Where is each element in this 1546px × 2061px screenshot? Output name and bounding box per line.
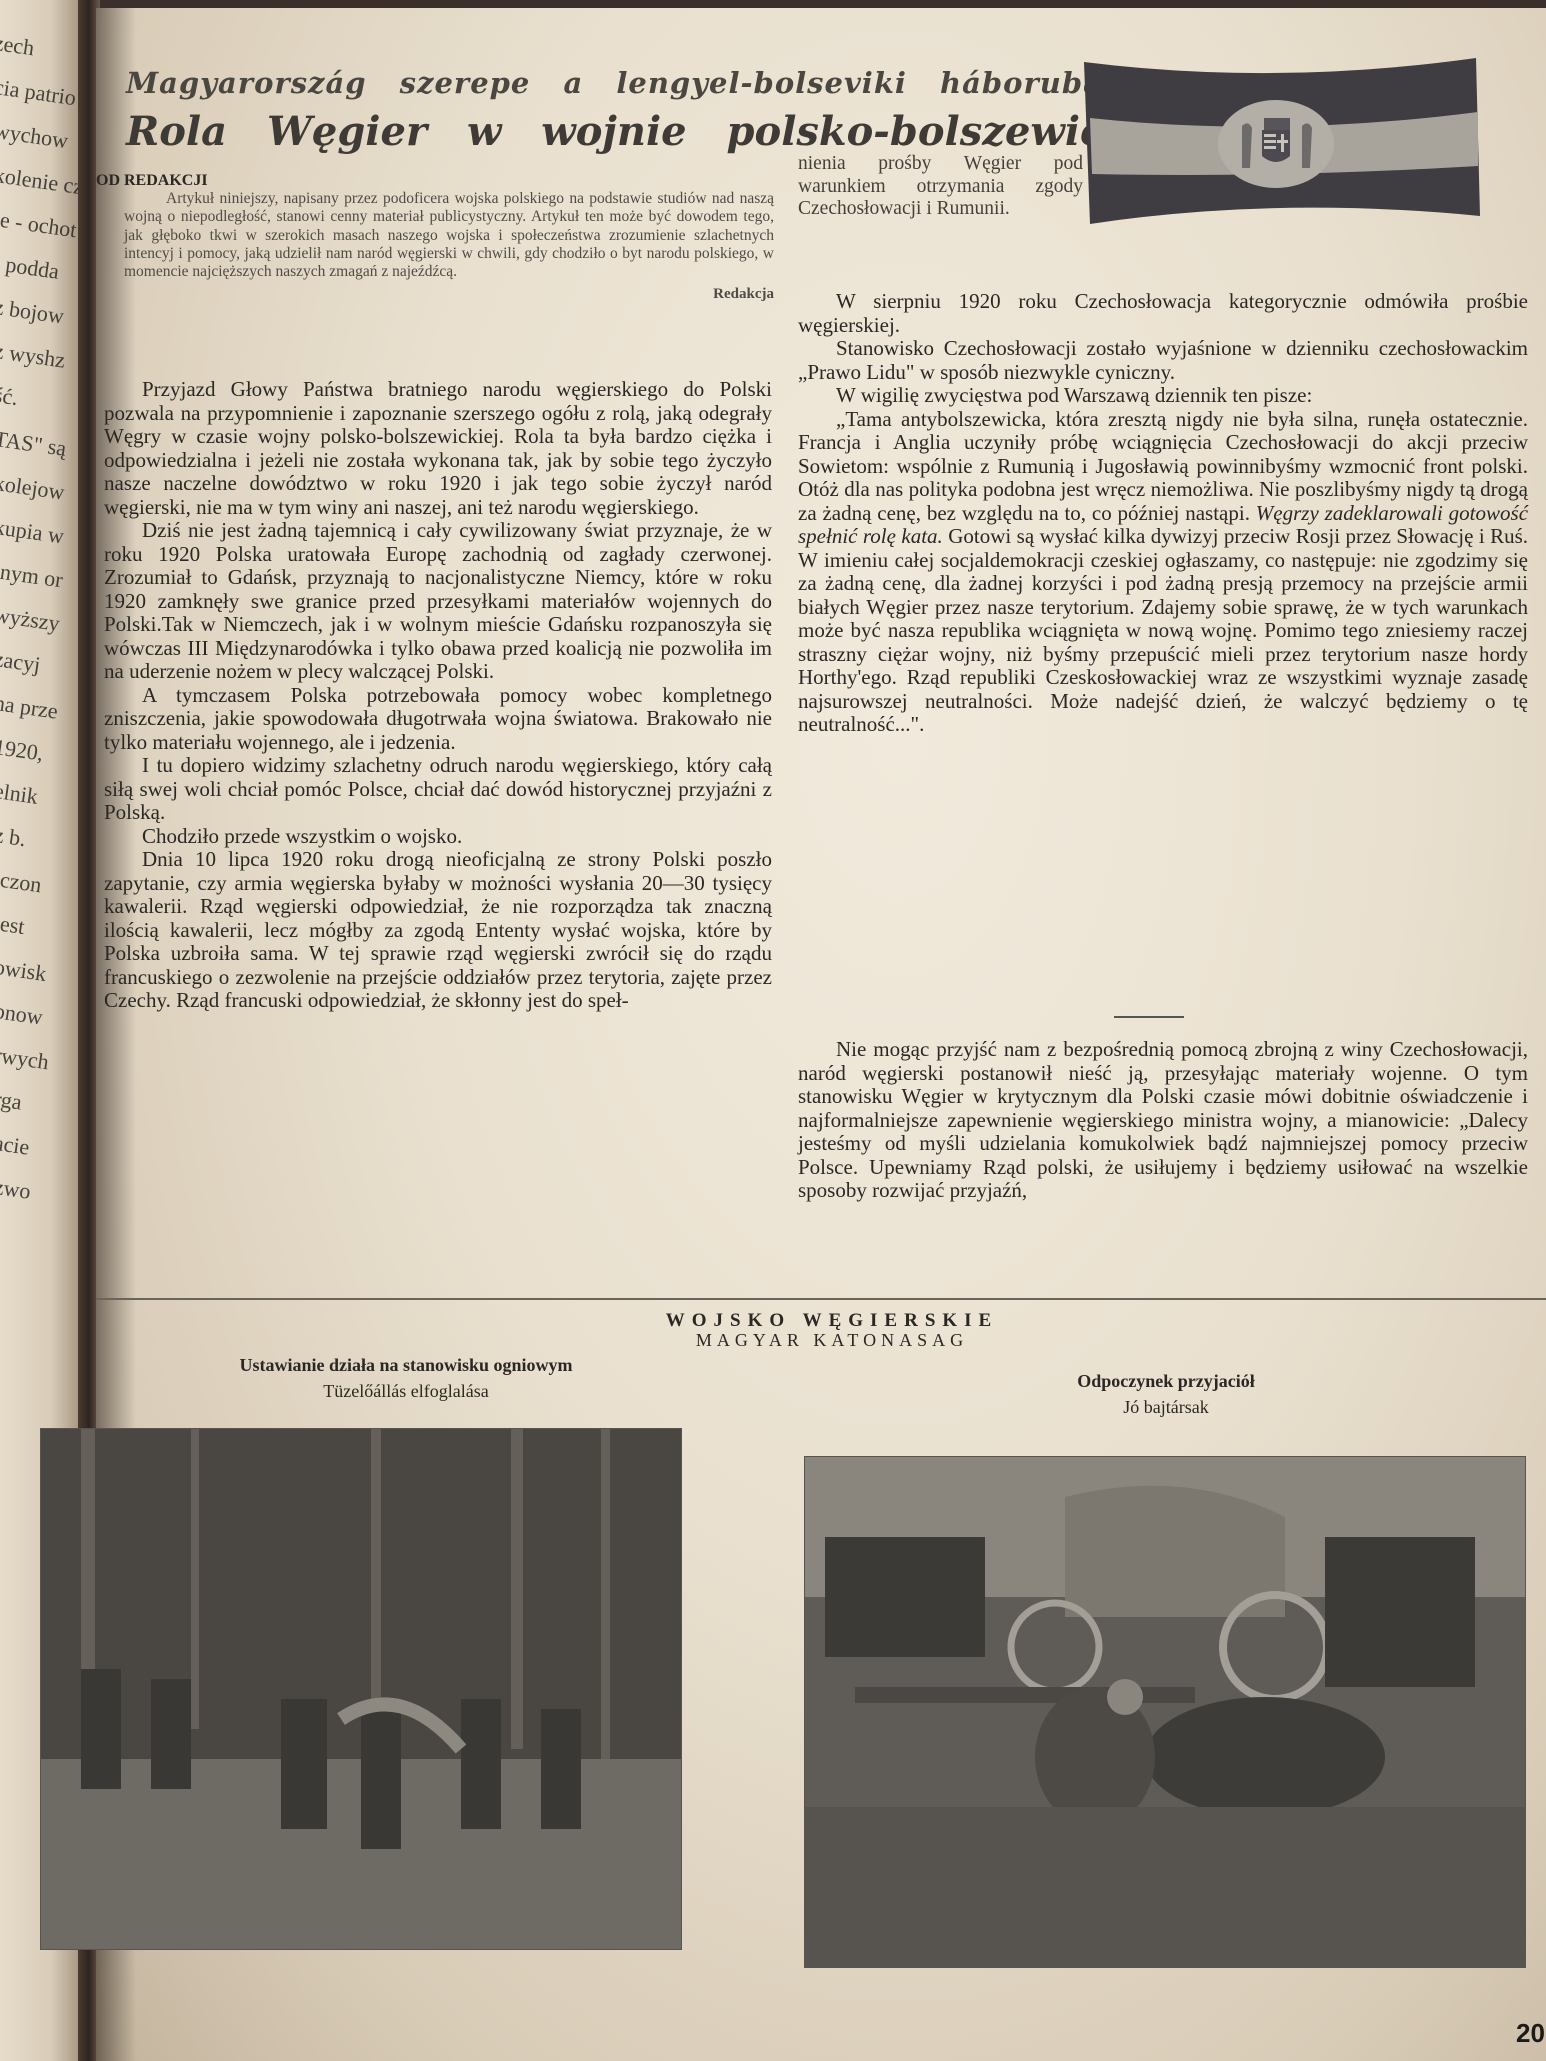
photo-section-title-polish: WOJSKO WĘGIERSKIE <box>552 1310 1112 1332</box>
paragraph: Stanowisko Czechosłowacji zostało wyjaśn… <box>798 337 1528 384</box>
facing-page-fragment: kolenie cz <box>0 162 85 200</box>
facing-page-fragment: cia patrio <box>0 74 78 111</box>
photo-section-heading: WOJSKO WĘGIERSKIE MAGYAR KATONASAG <box>552 1310 1112 1351</box>
facing-page-fragment: kupia w <box>0 514 66 550</box>
photo-soldiers-field-gun <box>40 1428 682 1950</box>
hungarian-flag-illustration <box>1076 56 1486 226</box>
facing-page-fragment: z wyshz <box>0 338 67 374</box>
headline-polish: Rola Węgier w wojnie polsko-bolszewickie… <box>126 108 1187 155</box>
facing-page-fragment: rga <box>0 1086 23 1116</box>
facing-page-fragment: i podda <box>0 250 61 285</box>
facing-page-fragment: iczon <box>0 866 43 898</box>
headline-hungarian: Magyarország szerepe a lengyel-bolseviki… <box>126 66 1125 100</box>
photo-caption-1: Ustawianie działa na stanowisku ogniowym… <box>126 1352 686 1404</box>
editorial-signature: Redakcja <box>124 285 774 303</box>
magazine-page: Magyarország szerepe a lengyel-bolseviki… <box>96 8 1546 2061</box>
facing-page-fragment: elnik <box>0 778 40 810</box>
facing-page-fragment: wychow <box>0 118 70 154</box>
caption-hungarian: Jó bajtársak <box>966 1394 1366 1420</box>
facing-page-fragment: lnym or <box>0 558 64 593</box>
horizontal-rule <box>96 1298 1546 1300</box>
editorial-text: Artykuł niniejszy, napisany przez podofi… <box>124 190 774 281</box>
page-number: 20 <box>1516 2018 1545 2049</box>
facing-page-fragment: owisk <box>0 954 48 987</box>
photo-resting-soldier-wagon <box>804 1456 1526 1968</box>
facing-page-fragment: pnow <box>0 998 44 1031</box>
caption-polish: Odpoczynek przyjaciół <box>966 1368 1366 1394</box>
facing-page-fragment: kolejow <box>0 470 66 506</box>
facing-page-fragment: rwych <box>0 1042 50 1075</box>
right-column-continued: Nie mogąc przyjść nam z bezpośrednią pom… <box>798 1038 1528 1203</box>
facing-page-fragment: TAS" są <box>0 426 68 462</box>
facing-page-fragment: acie <box>0 1130 31 1161</box>
photo-section-title-hungarian: MAGYAR KATONASAG <box>552 1330 1112 1351</box>
paragraph: Chodziło przede wszystkim o wojsko. <box>104 825 772 849</box>
editorial-label: OD REDAKCJI <box>96 172 774 190</box>
right-column: W sierpniu 1920 roku Czechosłowacja kate… <box>798 290 1528 737</box>
flag-icon <box>1076 56 1486 226</box>
paragraph: Przyjazd Głowy Państwa bratniego narodu … <box>104 378 772 519</box>
right-column-top: nienia prośby Węgier pod warunkiem otrzy… <box>798 153 1083 221</box>
facing-page-fragment: zwo <box>0 1174 32 1205</box>
paragraph: Dnia 10 lipca 1920 roku drogą nieoficjal… <box>104 848 772 1013</box>
facing-page-fragment: na prze <box>0 690 60 725</box>
paragraph: I tu dopiero widzimy szlachetny odruch n… <box>104 754 772 825</box>
caption-polish: Ustawianie działa na stanowisku ogniowym <box>126 1352 686 1378</box>
facing-page-fragment: ść. <box>0 382 20 411</box>
editorial-note: OD REDAKCJI Artykuł niniejszy, napisany … <box>124 172 774 303</box>
photo-image <box>805 1457 1525 1967</box>
paragraph: A tymczasem Polska potrzebowała pomocy w… <box>104 684 772 755</box>
quote-paragraph: „Tama antybolszewicka, która zresztą nig… <box>798 408 1528 737</box>
paragraph: W wigilię zwycięstwa pod Warszawą dzienn… <box>798 384 1528 408</box>
photo-caption-2: Odpoczynek przyjaciół Jó bajtársak <box>966 1368 1366 1420</box>
caption-hungarian: Tüzelőállás elfoglalása <box>126 1378 686 1404</box>
section-divider <box>1114 1016 1184 1018</box>
left-column: Przyjazd Głowy Państwa bratniego narodu … <box>104 378 772 1013</box>
photo-image <box>41 1429 681 1949</box>
facing-page-fragment: jest <box>0 910 26 940</box>
facing-page-fragment: zacyj <box>0 646 42 678</box>
quote-text-continued: Gotowi są wysłać kilka dywizyj przeciw R… <box>798 524 1528 736</box>
paragraph: nienia prośby Węgier pod warunkiem otrzy… <box>798 153 1083 221</box>
paragraph: W sierpniu 1920 roku Czechosłowacja kate… <box>798 290 1528 337</box>
paragraph: Dziś nie jest żadną tajemnicą i cały cyw… <box>104 519 772 684</box>
facing-page-fragment: ie - ochot <box>0 206 78 243</box>
paragraph: Nie mogąc przyjść nam z bezpośrednią pom… <box>798 1038 1528 1203</box>
facing-page-fragment: zech <box>0 30 36 61</box>
facing-page-fragment: z b. <box>0 822 27 852</box>
facing-page-fragment: z bojow <box>0 294 66 330</box>
facing-page-fragment: wyższy <box>0 602 61 637</box>
facing-page-fragment: 1920, <box>0 734 45 767</box>
